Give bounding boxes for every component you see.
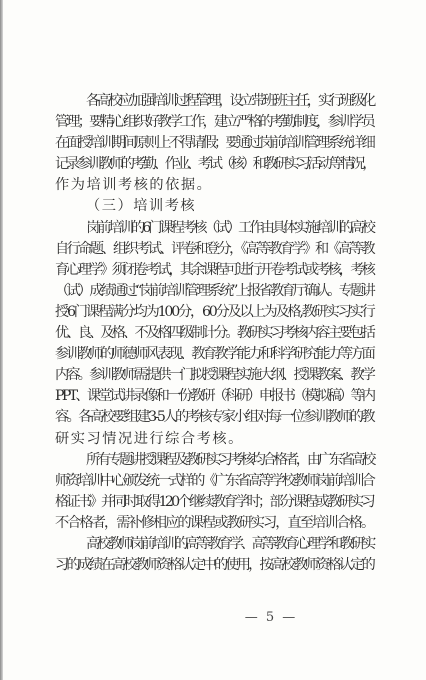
text-line: 自行命题、组织考试、评卷和登分，《高等教育学》和《高等教 [55,239,373,260]
section-heading: （三）培训考核 [55,196,373,217]
text-line: 容。各高校要组建3-5人的考核专家小组对每一位参训教师的教 [55,407,373,428]
page-number: — 5 — [0,610,426,625]
scan-left-edge [0,0,3,680]
text-line: 习的成绩在高校教师资格认定中的使用，按高校教师资格认定的 [55,555,373,576]
text-line: 不合格者，需补修相应的课程或教研实习，直至培训合格。 [55,513,373,534]
text-line: 各高校应加强培训过程管理，设立带班班主任，实行班级化 [55,91,373,112]
paragraph-attendance-management: 各高校应加强培训过程管理，设立带班班主任，实行班级化 管理；要精心组织好教学工作… [55,91,373,196]
text-line: （试）成绩通过“岗前培训管理系统”上报省教育厅确认。专题讲 [55,281,373,302]
text-line: 内容。参训教师需提供一门拟授课程实施大纲、授课教案、教学 [55,365,373,386]
document-body: 各高校应加强培训过程管理，设立带班班主任，实行班级化 管理；要精心组织好教学工作… [55,91,373,576]
text-line: 记录参训教师的考勤、作业、考试（核）和教研实习活动等情况， [55,154,373,175]
text-line: 在面授培训期间原则上不得请假；要通过岗前培训管理系统详细 [55,133,373,154]
text-line: 师资培训中心颁发统一式样的《广东省高等学校教师岗前培训合 [55,471,373,492]
paragraph-certificate: 所有专题讲授课程及教研实习考核均合格者，由广东省高校 师资培训中心颁发统一式样的… [55,450,373,534]
text-line: 高校教师岗前培训的高等教育学、高等教育心理学和教研实 [55,534,373,555]
paragraph-qualification-use: 高校教师岗前培训的高等教育学、高等教育心理学和教研实 习的成绩在高校教师资格认定… [55,534,373,576]
text-line: PPT、课堂试讲录像和一份教研（科研）申报书（模拟稿）等内 [55,386,373,407]
text-line: 管理；要精心组织好教学工作，建立严格的考勤制度，参训学员 [55,112,373,133]
text-line: 优、良、及格、不及格四级制计分。教研实习考核内容主要包括 [55,323,373,344]
text-line: 育心理学》须闭卷考试，其余课程可进行开卷考试或考核，考核 [55,260,373,281]
text-line: 格证书》并同时取得120个继续教育学时；部分课程或教研实习 [55,492,373,513]
text-line: 作为培训考核的依据。 [55,175,373,196]
paragraph-assessment-rules: 岗前培训的6门课程考核（试）工作由具体实施培训的高校 自行命题、组织考试、评卷和… [55,218,373,450]
text-line: 岗前培训的6门课程考核（试）工作由具体实施培训的高校 [55,218,373,239]
text-line: 所有专题讲授课程及教研实习考核均合格者，由广东省高校 [55,450,373,471]
text-line: 授6门课程满分均为100分，60分及以上为及格,教研实习实行 [55,302,373,323]
text-line: 研实习情况进行综合考核。 [55,429,373,450]
text-line: 参训教师的师德师风表现、教育教学能力和科学研究能力等方面 [55,344,373,365]
